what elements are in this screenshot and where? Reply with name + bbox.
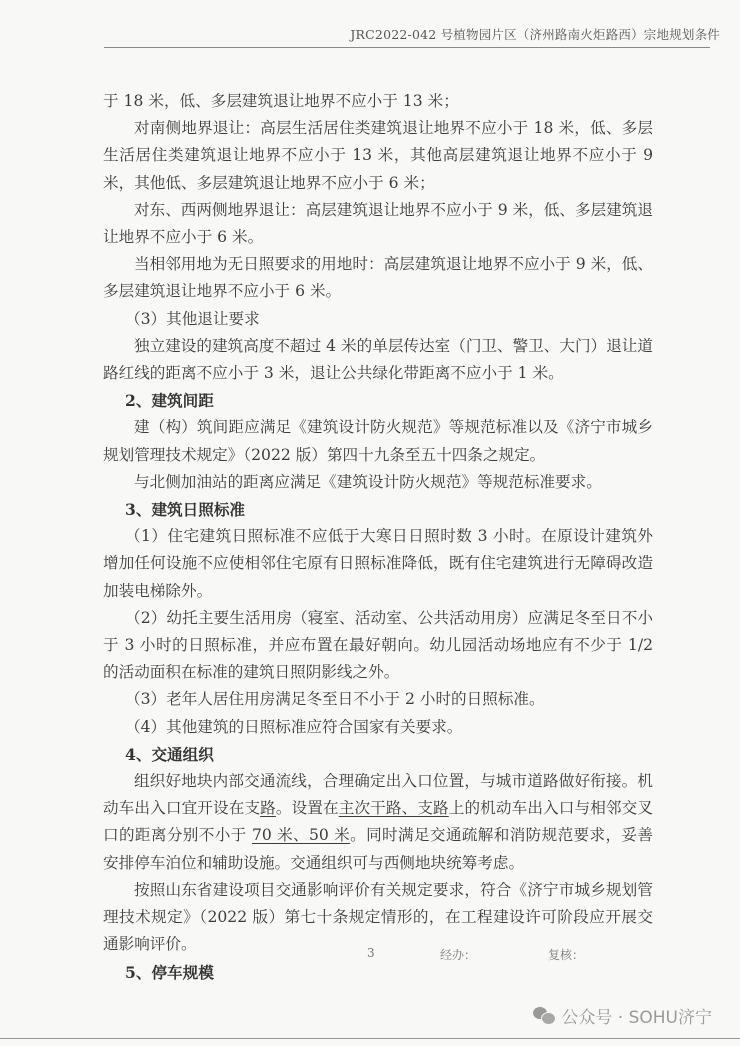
- underlined-text: 主次干路、支路: [339, 799, 449, 817]
- document-page: JRC2022-042 号植物园片区（济州路南火炬路西）宗地规划条件 于 18 …: [0, 0, 740, 1046]
- section-heading-building-spacing: 2、建筑间距: [103, 387, 653, 414]
- section-heading-traffic: 4、交通组织: [103, 741, 653, 768]
- paragraph-traffic-organization: 组织好地块内部交通流线，合理确定出入口位置，与城市道路做好衔接。机动车出入口宜开…: [103, 768, 653, 877]
- reviewer-label: 复核：: [548, 946, 584, 963]
- paragraph-spacing-rules: 建（构）筑间距应满足《建筑设计防火规范》等规范标准以及《济宁市城乡规划管理技术规…: [103, 414, 653, 468]
- section-heading-sunlight: 3、建筑日照标准: [103, 496, 653, 523]
- paragraph: 于 18 米，低、多层建筑退让地界不应小于 13 米；: [103, 88, 653, 115]
- page-number: 3: [367, 946, 375, 960]
- paragraph-gas-station: 与北侧加油站的距离应满足《建筑设计防火规范》等规范标准要求。: [103, 469, 653, 496]
- underlined-text: 70 米、50 米: [252, 826, 350, 844]
- header-divider: [104, 47, 710, 48]
- document-header-title: JRC2022-042 号植物园片区（济州路南火炬路西）宗地规划条件: [350, 25, 720, 43]
- paragraph-no-sunlight-setback: 当相邻用地为无日照要求的用地时：高层建筑退让地界不应小于 9 米，低、多层建筑退…: [103, 251, 653, 305]
- watermark: 公众号 · SOHU济宁: [533, 1003, 712, 1028]
- text-run: 。设置在: [276, 799, 339, 817]
- underlined-text: 路: [260, 799, 276, 817]
- document-body: 于 18 米，低、多层建筑退让地界不应小于 13 米； 对南侧地界退让：高层生活…: [103, 88, 653, 986]
- paragraph-residential-sunlight: （1）住宅建筑日照标准不应低于大寒日日照时数 3 小时。在原设计建筑外增加任何设…: [103, 523, 653, 605]
- bottom-divider: [0, 1038, 740, 1039]
- paragraph-elderly-sunlight: （3）老年人居住用房满足冬至日不小于 2 小时的日照标准。: [103, 686, 653, 713]
- paragraph-kindergarten-sunlight: （2）幼托主要生活用房（寝室、活动室、公共活动用房）应满足冬至日不小于 3 小时…: [103, 605, 653, 687]
- subheading-other-setback: （3）其他退让要求: [103, 306, 653, 333]
- paragraph-guard-room: 独立建设的建筑高度不超过 4 米的单层传达室（门卫、警卫、大门）退让道路红线的距…: [103, 333, 653, 387]
- wechat-icon: [533, 1007, 555, 1025]
- watermark-text: 公众号 · SOHU济宁: [561, 1003, 712, 1028]
- paragraph-other-sunlight: （4）其他建筑的日照标准应符合国家有关要求。: [103, 714, 653, 741]
- paragraph-east-west-setback: 对东、西两侧地界退让：高层建筑退让地界不应小于 9 米，低、多层建筑退让地界不应…: [103, 197, 653, 251]
- paragraph-south-setback: 对南侧地界退让：高层生活居住类建筑退让地界不应小于 18 米，低、多层生活居住类…: [103, 115, 653, 197]
- handler-label: 经办：: [440, 946, 476, 963]
